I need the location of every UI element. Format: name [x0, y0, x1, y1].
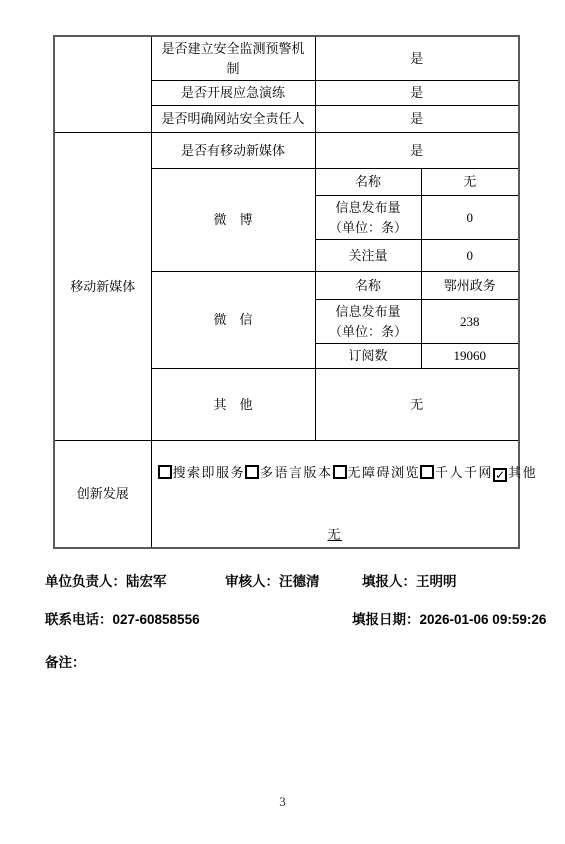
- answer-value: 是: [315, 106, 519, 133]
- checkbox-label: 搜索即服务: [173, 465, 246, 480]
- field-value: 汪德清: [279, 574, 320, 589]
- report-page: 是否建立安全监测预警机制 是 是否开展应急演练 是 是否明确网站安全责任人 是 …: [0, 0, 565, 844]
- field-label: 信息发布量 （单位：条）: [315, 300, 421, 344]
- checkbox-personalized-web: [420, 465, 434, 479]
- field-label: 信息发布量 （单位：条）: [315, 196, 421, 240]
- filler-field: 填报人：王明明: [362, 570, 457, 590]
- innovation-other-text: 无: [328, 525, 343, 545]
- field-value: 19060: [421, 344, 519, 369]
- innovation-options-cell: 搜索即服务多语言版本无障碍浏览千人千网✓其他 无: [151, 441, 519, 548]
- checkbox-label: 其他: [508, 465, 537, 480]
- field-value: 王明明: [416, 574, 457, 589]
- field-value: 无: [421, 169, 519, 196]
- remark-field: 备注：: [45, 651, 86, 671]
- question-label: 是否建立安全监测预警机制: [151, 36, 315, 81]
- field-label: 填报人：: [362, 574, 416, 589]
- section-label-mobile-media: 移动新媒体: [54, 133, 151, 441]
- field-value: 0: [421, 196, 519, 240]
- field-value: 2026-01-06 09:59:26: [420, 612, 547, 627]
- table-row: 移动新媒体 是否有移动新媒体 是: [54, 133, 519, 169]
- field-label: 联系电话：: [45, 612, 113, 627]
- innovation-options-line: 搜索即服务多语言版本无障碍浏览千人千网✓其他: [158, 465, 538, 480]
- unit-head-field: 单位负责人：陆宏军: [45, 570, 167, 590]
- fill-date-field: 填报日期：2026-01-06 09:59:26: [352, 608, 546, 628]
- field-label: 订阅数: [315, 344, 421, 369]
- field-value: 鄂州政务: [421, 272, 519, 300]
- field-label: 单位负责人：: [45, 574, 126, 589]
- question-label: 是否开展应急演练: [151, 81, 315, 106]
- media-type-wechat: 微 信: [151, 272, 315, 369]
- question-label: 是否有移动新媒体: [151, 133, 315, 169]
- field-value: 陆宏军: [126, 574, 167, 589]
- question-label: 是否明确网站安全责任人: [151, 106, 315, 133]
- auditor-field: 审核人：汪德清: [225, 570, 320, 590]
- checkbox-label: 千人千网: [435, 465, 493, 480]
- field-label: 名称: [315, 272, 421, 300]
- section-label-innovation: 创新发展: [54, 441, 151, 548]
- field-value: 027-60858556: [113, 612, 200, 627]
- field-label: 名称: [315, 169, 421, 196]
- field-label: 审核人：: [225, 574, 279, 589]
- page-number: 3: [0, 794, 565, 810]
- checkbox-label: 多语言版本: [260, 465, 333, 480]
- table-row: 创新发展 搜索即服务多语言版本无障碍浏览千人千网✓其他 无: [54, 441, 519, 548]
- checkbox-accessibility: [333, 465, 347, 479]
- annual-report-table: 是否建立安全监测预警机制 是 是否开展应急演练 是 是否明确网站安全责任人 是 …: [53, 35, 520, 549]
- checkbox-other: ✓: [493, 468, 507, 482]
- answer-value: 是: [315, 81, 519, 106]
- checkbox-label: 无障碍浏览: [348, 465, 421, 480]
- field-value: 无: [315, 369, 519, 441]
- phone-field: 联系电话：027-60858556: [45, 608, 200, 628]
- answer-value: 是: [315, 133, 519, 169]
- field-value: 238: [421, 300, 519, 344]
- table-row: 是否建立安全监测预警机制 是: [54, 36, 519, 81]
- media-type-other: 其 他: [151, 369, 315, 441]
- field-value: 0: [421, 240, 519, 272]
- checkbox-search-service: [158, 465, 172, 479]
- field-label: 填报日期：: [352, 612, 420, 627]
- parent-section-cell-empty: [54, 36, 151, 133]
- field-label: 关注量: [315, 240, 421, 272]
- answer-value: 是: [315, 36, 519, 81]
- media-type-weibo: 微 博: [151, 169, 315, 272]
- checkbox-multilingual: [245, 465, 259, 479]
